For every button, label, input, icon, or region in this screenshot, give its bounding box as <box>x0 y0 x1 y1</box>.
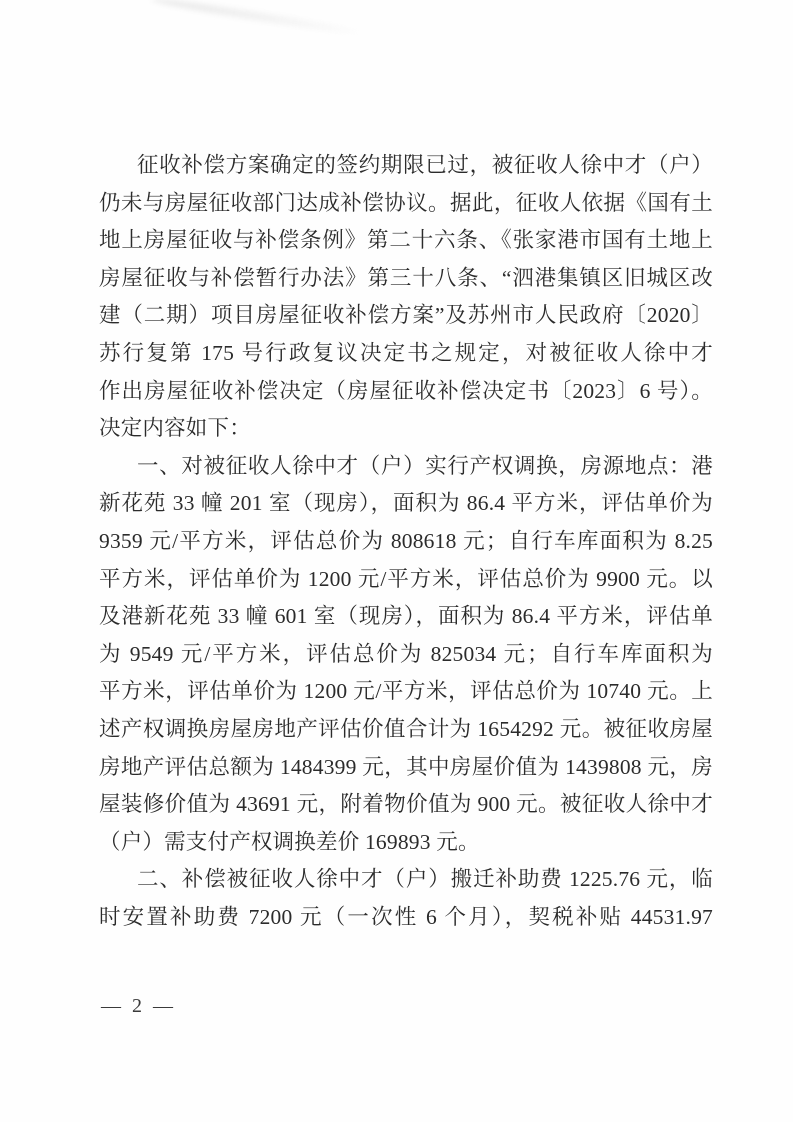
text-line: 9359 元/平方米，评估总价为 808618 元；自行车库面积为 8.25 <box>99 523 713 561</box>
text-line: 建（二期）项目房屋征收补偿方案”及苏州市人民政府〔2020〕 <box>99 297 713 335</box>
text-line: 平方米，评估单价为 1200 元/平方米，评估总价为 10740 元。上 <box>99 673 713 711</box>
document-text-block: 征收补偿方案确定的签约期限已过，被征收人徐中才（户）仍未与房屋征收部门达成补偿协… <box>99 147 713 936</box>
text-line: 述产权调换房屋房地产评估价值合计为 1654292 元。被征收房屋 <box>99 711 713 749</box>
text-line: 新花苑 33 幢 201 室（现房），面积为 86.4 平方米，评估单价为 <box>99 485 713 523</box>
text-line: 决定内容如下： <box>99 410 713 448</box>
text-line: 时安置补助费 7200 元（一次性 6 个月），契税补贴 44531.97 元。 <box>99 899 713 937</box>
text-line: 平方米，评估单价为 1200 元/平方米，评估总价为 9900 元。以 <box>99 561 713 599</box>
scan-smudge-artifact <box>151 0 360 36</box>
text-line: 屋装修价值为 43691 元，附着物价值为 900 元。被征收人徐中才 <box>99 786 713 824</box>
text-line: 一、对被征收人徐中才（户）实行产权调换，房源地点：港 <box>99 448 713 486</box>
text-line: 仍未与房屋征收部门达成补偿协议。据此，征收人依据《国有土 <box>99 185 713 223</box>
text-line: 苏行复第 175 号行政复议决定书之规定，对被征收人徐中才（户） <box>99 335 713 373</box>
scanned-document-page: 征收补偿方案确定的签约期限已过，被征收人徐中才（户）仍未与房屋征收部门达成补偿协… <box>0 0 793 1122</box>
text-line: 房地产评估总额为 1484399 元，其中房屋价值为 1439808 元，房 <box>99 749 713 787</box>
page-number: — 2 — <box>101 995 176 1018</box>
text-line: 地上房屋征收与补偿条例》第二十六条、《张家港市国有土地上 <box>99 222 713 260</box>
text-line: 房屋征收与补偿暂行办法》第三十八条、“泗港集镇区旧城区改 <box>99 260 713 298</box>
text-line: 作出房屋征收补偿决定（房屋征收补偿决定书〔2023〕6 号）。 <box>99 373 713 411</box>
text-line: 二、补偿被征收人徐中才（户）搬迁补助费 1225.76 元，临 <box>99 861 713 899</box>
text-line: 为 9549 元/平方米，评估总价为 825034 元；自行车库面积为 8.95 <box>99 636 713 674</box>
text-line: 及港新花苑 33 幢 601 室（现房），面积为 86.4 平方米，评估单价 <box>99 598 713 636</box>
text-line: （户）需支付产权调换差价 169893 元。 <box>99 824 713 862</box>
text-line: 征收补偿方案确定的签约期限已过，被征收人徐中才（户） <box>99 147 713 185</box>
